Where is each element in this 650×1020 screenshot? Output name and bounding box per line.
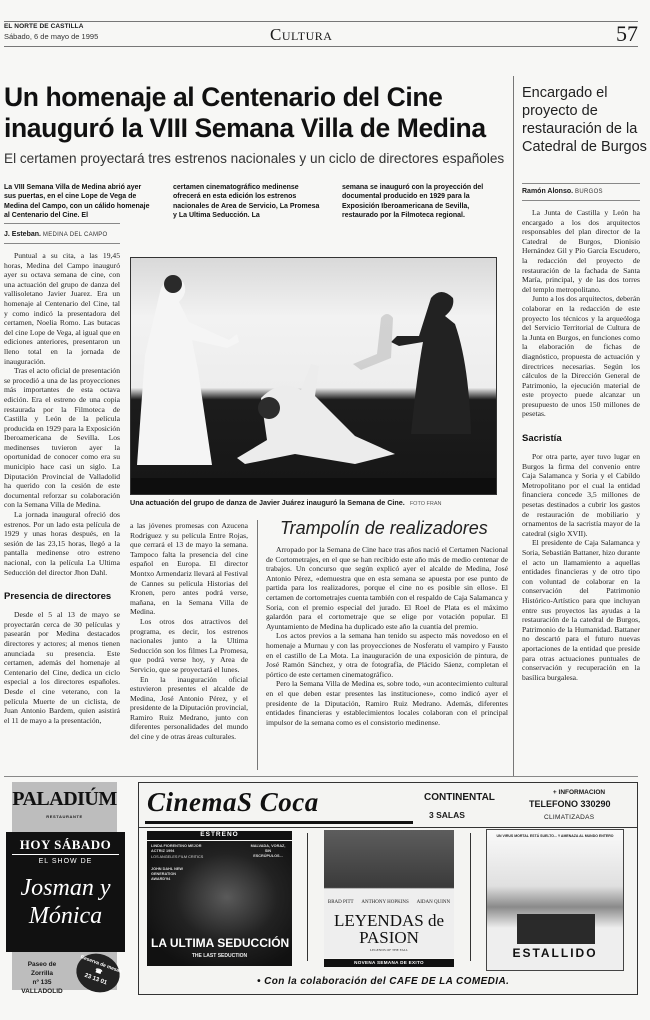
photo-caption: Una actuación del grupo de danza de Javi… [130, 498, 510, 507]
photo-illustration [131, 258, 497, 495]
poster-blurb: JOHN DAHL NEW GENERATION AWARD'94 [151, 867, 191, 882]
ad-divider [139, 827, 637, 828]
body-paragraph: En la inauguración oficial estuvieron pr… [130, 675, 248, 742]
cinemas-coca-ad: CinemaS Coca CONTINENTAL 3 SALAS + INFOR… [138, 782, 638, 995]
continental-brand: CONTINENTAL [424, 792, 495, 803]
byline-rule-top [4, 223, 120, 224]
address-street: Paseo de Zorrilla [16, 960, 68, 978]
body-paragraph: a las jóvenes promesas con Azucena Rodrí… [130, 521, 248, 617]
poster-blurb: LINDA FIORENTINO MEJOR ACTRIZ 1994 [151, 844, 211, 854]
poster-ultima-seduccion: LINDA FIORENTINO MEJOR ACTRIZ 1994 LOS A… [147, 841, 292, 966]
header-bottom-rule [4, 46, 638, 47]
section-subhead: Presencia de directores [4, 591, 120, 602]
ad-footer: • Con la colaboración del CAFE DE LA COM… [257, 976, 509, 987]
body-paragraph: La Junta de Castilla y León ha encargado… [522, 208, 640, 294]
info-label: + INFORMACION [534, 789, 624, 796]
byline-author: Ramón Alonso. [522, 188, 573, 195]
poster-tagline: MALVADA, VORAZ, SIN ESCRÚPULOS... [250, 844, 286, 859]
paladium-logo: PALADIÚM [12, 788, 117, 811]
climatizadas-label: CLIMATIZADAS [544, 814, 594, 821]
body-paragraph: Tras el acto oficial de presentación se … [4, 366, 120, 510]
poster-banner: NOVENA SEMANA DE EXITO [324, 959, 454, 967]
dance-performance-photo [130, 257, 497, 495]
byline-location: BURGOS [575, 189, 603, 195]
caption-text: Una actuación del grupo de danza de Javi… [130, 498, 405, 507]
reservation-seal: Reserva de mesas ☎ 23 13 01 [71, 948, 125, 999]
poster-cast: BRAD PITT ANTHONY HOPKINS AIDAN QUINN [324, 900, 454, 906]
sidebar-headline: Trampolín de realizadores [280, 518, 488, 539]
poster-tagline: UN VIRUS MORTAL ESTÁ SUELTO... Y AMENAZA… [487, 834, 623, 839]
paladium-address: Paseo de Zorrilla nº 135 VALLADOLID [16, 960, 68, 996]
poster-subtitle: LEGENDS OF THE FALL [324, 948, 454, 952]
poster-faces [517, 914, 595, 944]
logo-underline [145, 821, 413, 824]
body-paragraph: Desde el 5 al 13 de mayo se proyectarán … [4, 610, 120, 725]
main-column-2: a las jóvenes promesas con Azucena Rodrí… [130, 521, 248, 742]
right-column-body: La Junta de Castilla y León ha encargado… [522, 208, 640, 682]
ads-separator [4, 776, 638, 777]
right-byline: Ramón Alonso. BURGOS [522, 188, 603, 195]
right-column-divider [513, 76, 514, 776]
body-paragraph: El presidente de Caja Salamanca y Soria,… [522, 538, 640, 682]
poster-divider [307, 833, 308, 961]
body-paragraph: Por otra parte, ayer tuvo lugar en Burgo… [522, 452, 640, 538]
issue-date: Sábado, 6 de mayo de 1995 [4, 32, 98, 41]
telephone: TELEFONO 330290 [529, 799, 611, 809]
show-day: HOY SÁBADO [6, 837, 125, 853]
right-headline: Encargado el proyecto de restauración de… [522, 84, 647, 156]
body-paragraph: Pero la Semana Villa de Medina es, sobre… [266, 679, 508, 727]
salas-count: 3 SALAS [429, 810, 465, 820]
body-paragraph: Puntual a su cita, a las 19,45 horas, Me… [4, 251, 120, 366]
body-paragraph: Los actos previos a la semana han tenido… [266, 631, 508, 679]
poster-title: ESTALLIDO [487, 946, 623, 960]
poster-subtitle: THE LAST SEDUCTION [147, 953, 292, 959]
poster-blurb: LOS ANGELES FILM CRITICS [151, 855, 211, 860]
main-headline: Un homenaje al Centenario del Cine inaug… [4, 82, 509, 144]
body-paragraph: La jornada inaugural ofreció dos estreno… [4, 510, 120, 577]
performers: Josman y Mónica [10, 874, 121, 930]
paladium-ad: PALADIÚM RESTAURANTE HOY SÁBADO EL SHOW … [12, 782, 117, 990]
poster-title: LEYENDAS de PASION [324, 912, 454, 946]
cast-member: AIDAN QUINN [417, 900, 450, 906]
sidebar-body: Arropado por la Semana de Cine hace tras… [266, 545, 508, 727]
address-number: nº 135 [16, 978, 68, 987]
poster-title: LA ULTIMA SEDUCCIÓN [151, 936, 289, 950]
byline-author: J. Esteban. [4, 231, 41, 238]
address-city: VALLADOLID [16, 987, 68, 996]
section-title: Cultura [270, 25, 332, 45]
poster-divider [470, 833, 471, 961]
estreno-label: ESTRENO [147, 831, 292, 840]
lead-paragraph-1: La VIII Semana Villa de Medina abrió aye… [4, 183, 154, 221]
byline-rule-top [522, 183, 640, 184]
column-divider [257, 520, 258, 770]
byline-location: MEDINA DEL CAMPO [43, 232, 108, 238]
body-paragraph: Los otros dos atractivos del programa, e… [130, 617, 248, 675]
photo-credit: FOTO FRAN [410, 501, 442, 507]
header-top-rule [4, 21, 638, 22]
show-label: EL SHOW DE [6, 858, 125, 865]
page-number: 57 [616, 21, 638, 47]
lead-paragraph-3: semana se inauguró con la proyección del… [342, 183, 492, 221]
body-paragraph: Arropado por la Semana de Cine hace tras… [266, 545, 508, 631]
lead-paragraph-2: certamen cinematográfico medinense ofrec… [173, 183, 323, 221]
main-byline: J. Esteban. MEDINA DEL CAMPO [4, 231, 108, 238]
byline-rule-bottom [522, 200, 640, 201]
divider [12, 854, 119, 855]
poster-leyendas-de-pasion: BRAD PITT ANTHONY HOPKINS AIDAN QUINN LE… [324, 830, 454, 958]
newspaper-name: EL NORTE DE CASTILLA [4, 23, 84, 30]
byline-rule-bottom [4, 243, 120, 244]
body-paragraph: Junto a los dos arquitectos, deberán col… [522, 294, 640, 419]
paladium-subtitle: RESTAURANTE [12, 814, 117, 819]
paladium-show-panel: HOY SÁBADO EL SHOW DE Josman y Mónica [6, 832, 125, 952]
cinemas-logo: CinemaS Coca [147, 787, 319, 818]
poster-estallido: UN VIRUS MORTAL ESTÁ SUELTO... Y AMENAZA… [486, 829, 624, 971]
main-subheadline: El certamen proyectará tres estrenos nac… [4, 151, 509, 166]
cast-member: ANTHONY HOPKINS [361, 900, 408, 906]
section-subhead: Sacristía [522, 433, 640, 444]
main-column-1: Puntual a su cita, a las 19,45 horas, Me… [4, 251, 120, 725]
cast-member: BRAD PITT [328, 900, 354, 906]
